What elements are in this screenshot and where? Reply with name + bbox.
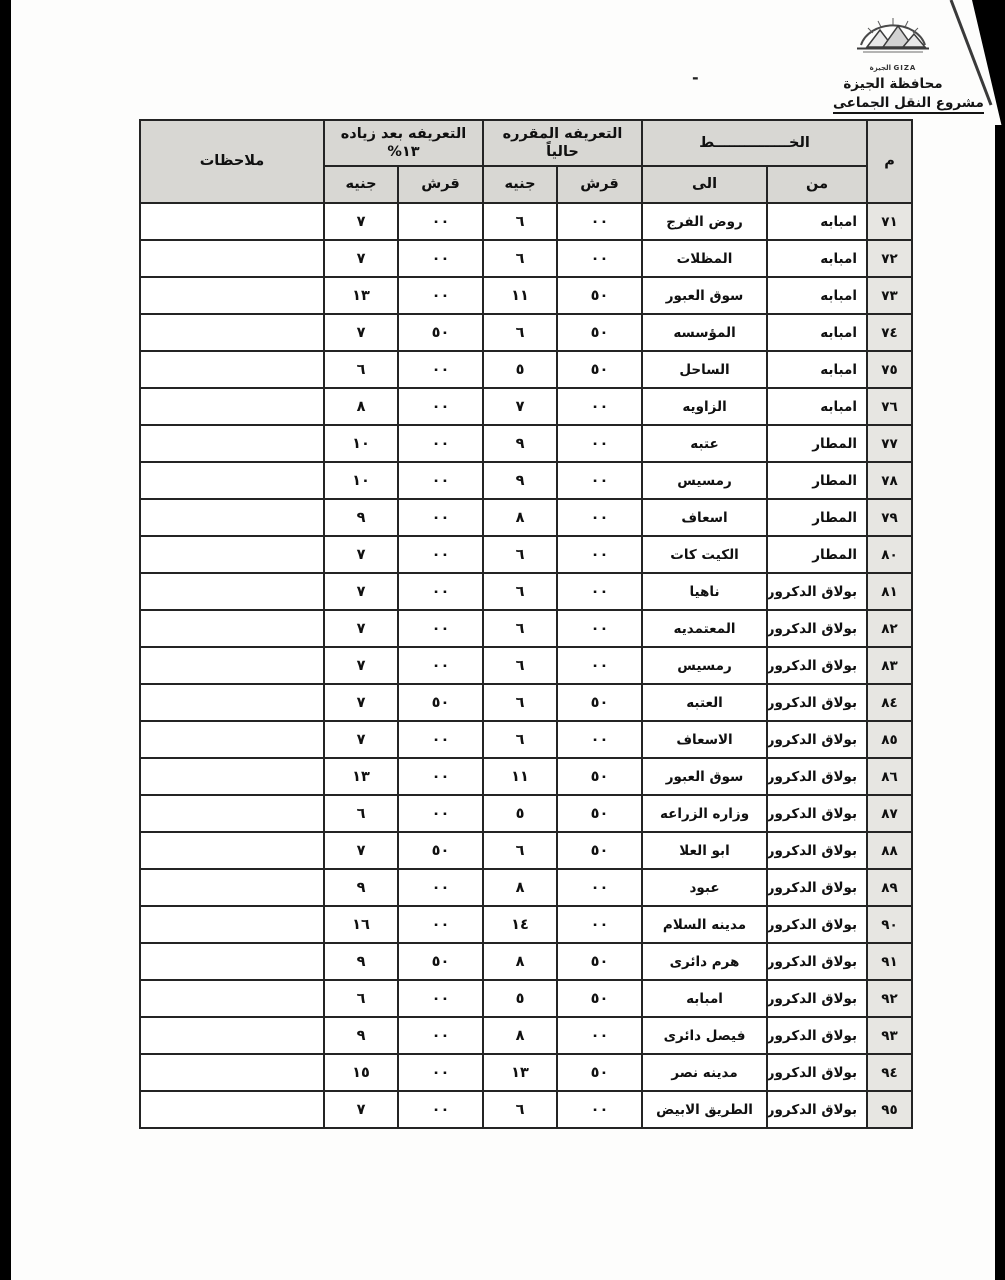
increased-qirsh-cell: ٠٠ bbox=[398, 499, 483, 536]
current-pound-cell: ٦ bbox=[483, 610, 557, 647]
row-number-cell: ٨٨ bbox=[867, 832, 912, 869]
increased-qirsh-cell: ٠٠ bbox=[398, 573, 483, 610]
to-cell: رمسيس bbox=[642, 647, 767, 684]
current-qirsh-cell: ٥٠ bbox=[557, 758, 642, 795]
row-number-cell: ٧٩ bbox=[867, 499, 912, 536]
from-cell: بولاق الدكرور bbox=[767, 721, 867, 758]
current-qirsh-cell: ٠٠ bbox=[557, 536, 642, 573]
notes-cell bbox=[140, 684, 324, 721]
to-cell: سوق العبور bbox=[642, 758, 767, 795]
table-row: ٩٤بولاق الدكرورمدينه نصر٥٠١٣٠٠١٥ bbox=[140, 1054, 912, 1091]
current-qirsh-cell: ٥٠ bbox=[557, 943, 642, 980]
to-cell: هرم دائرى bbox=[642, 943, 767, 980]
current-pound-cell: ١٤ bbox=[483, 906, 557, 943]
increased-qirsh-cell: ٠٠ bbox=[398, 721, 483, 758]
header-to: الى bbox=[642, 166, 767, 203]
header-increased-tariff-line1: التعريفه بعد زياده bbox=[325, 125, 482, 143]
table-row: ٨٠المطارالكيت كات٠٠٦٠٠٧ bbox=[140, 536, 912, 573]
table-row: ٧٦امبابهالزاويه٠٠٧٠٠٨ bbox=[140, 388, 912, 425]
table-row: ٩٣بولاق الدكرورفيصل دائرى٠٠٨٠٠٩ bbox=[140, 1017, 912, 1054]
to-cell: المظلات bbox=[642, 240, 767, 277]
current-pound-cell: ٥ bbox=[483, 351, 557, 388]
from-cell: بولاق الدكرور bbox=[767, 906, 867, 943]
current-qirsh-cell: ٠٠ bbox=[557, 499, 642, 536]
table-row: ٨٢بولاق الدكرورالمعتمديه٠٠٦٠٠٧ bbox=[140, 610, 912, 647]
increased-pound-cell: ٨ bbox=[324, 388, 398, 425]
row-number-cell: ٧٤ bbox=[867, 314, 912, 351]
notes-cell bbox=[140, 906, 324, 943]
from-cell: امبابه bbox=[767, 203, 867, 240]
notes-cell bbox=[140, 758, 324, 795]
table-row: ٧٩المطاراسعاف٠٠٨٠٠٩ bbox=[140, 499, 912, 536]
table-row: ٧٢امبابهالمظلات٠٠٦٠٠٧ bbox=[140, 240, 912, 277]
increased-qirsh-cell: ٠٠ bbox=[398, 351, 483, 388]
increased-pound-cell: ٧ bbox=[324, 203, 398, 240]
current-pound-cell: ٦ bbox=[483, 240, 557, 277]
current-qirsh-cell: ٥٠ bbox=[557, 314, 642, 351]
to-cell: الاسعاف bbox=[642, 721, 767, 758]
current-pound-cell: ٦ bbox=[483, 203, 557, 240]
row-number-cell: ٧٥ bbox=[867, 351, 912, 388]
current-qirsh-cell: ٠٠ bbox=[557, 388, 642, 425]
increased-pound-cell: ٩ bbox=[324, 869, 398, 906]
row-number-cell: ٨٦ bbox=[867, 758, 912, 795]
from-cell: امبابه bbox=[767, 388, 867, 425]
current-qirsh-cell: ٠٠ bbox=[557, 240, 642, 277]
row-number-cell: ٨٤ bbox=[867, 684, 912, 721]
increased-pound-cell: ١٣ bbox=[324, 758, 398, 795]
increased-pound-cell: ١٣ bbox=[324, 277, 398, 314]
from-cell: المطار bbox=[767, 425, 867, 462]
row-number-cell: ٩٥ bbox=[867, 1091, 912, 1128]
from-cell: بولاق الدكرور bbox=[767, 1054, 867, 1091]
current-qirsh-cell: ٥٠ bbox=[557, 277, 642, 314]
row-number-cell: ٩٢ bbox=[867, 980, 912, 1017]
increased-qirsh-cell: ٠٠ bbox=[398, 647, 483, 684]
table-row: ٧٧المطارعتبه٠٠٩٠٠١٠ bbox=[140, 425, 912, 462]
fare-table: م الخـــــــــــــــط التعريفه المقرره ح… bbox=[139, 119, 913, 1129]
current-pound-cell: ٥ bbox=[483, 795, 557, 832]
notes-cell bbox=[140, 869, 324, 906]
from-cell: بولاق الدكرور bbox=[767, 573, 867, 610]
table-row: ٧١امبابهروض الفرج٠٠٦٠٠٧ bbox=[140, 203, 912, 240]
row-number-cell: ٨٢ bbox=[867, 610, 912, 647]
increased-pound-cell: ٦ bbox=[324, 795, 398, 832]
increased-pound-cell: ٧ bbox=[324, 314, 398, 351]
row-number-cell: ٩٣ bbox=[867, 1017, 912, 1054]
current-qirsh-cell: ٥٠ bbox=[557, 351, 642, 388]
increased-qirsh-cell: ٥٠ bbox=[398, 684, 483, 721]
notes-cell bbox=[140, 277, 324, 314]
to-cell: المؤسسه bbox=[642, 314, 767, 351]
table-row: ٧٥امبابهالساحل٥٠٥٠٠٦ bbox=[140, 351, 912, 388]
row-number-cell: ٧٦ bbox=[867, 388, 912, 425]
current-qirsh-cell: ٠٠ bbox=[557, 203, 642, 240]
increased-pound-cell: ١٠ bbox=[324, 425, 398, 462]
from-cell: امبابه bbox=[767, 351, 867, 388]
row-number-cell: ٩١ bbox=[867, 943, 912, 980]
table-row: ٨٩بولاق الدكرورعبود٠٠٨٠٠٩ bbox=[140, 869, 912, 906]
current-qirsh-cell: ٥٠ bbox=[557, 980, 642, 1017]
to-cell: ناهيا bbox=[642, 573, 767, 610]
current-pound-cell: ٨ bbox=[483, 943, 557, 980]
notes-cell bbox=[140, 203, 324, 240]
row-number-cell: ٨٠ bbox=[867, 536, 912, 573]
to-cell: عتبه bbox=[642, 425, 767, 462]
table-row: ٨٨بولاق الدكرورابو العلا٥٠٦٥٠٧ bbox=[140, 832, 912, 869]
table-row: ٧٨المطاررمسيس٠٠٩٠٠١٠ bbox=[140, 462, 912, 499]
row-number-cell: ٨٩ bbox=[867, 869, 912, 906]
from-cell: بولاق الدكرور bbox=[767, 869, 867, 906]
current-qirsh-cell: ٥٠ bbox=[557, 1054, 642, 1091]
notes-cell bbox=[140, 647, 324, 684]
increased-pound-cell: ٧ bbox=[324, 684, 398, 721]
current-pound-cell: ١١ bbox=[483, 758, 557, 795]
increased-qirsh-cell: ٠٠ bbox=[398, 536, 483, 573]
stray-dash-mark: - bbox=[692, 68, 699, 87]
notes-cell bbox=[140, 610, 324, 647]
current-pound-cell: ٦ bbox=[483, 314, 557, 351]
table-row: ٨٥بولاق الدكرورالاسعاف٠٠٦٠٠٧ bbox=[140, 721, 912, 758]
header-increased-tariff-group: التعريفه بعد زياده ١٣% bbox=[324, 120, 483, 166]
from-cell: بولاق الدكرور bbox=[767, 943, 867, 980]
header-increased-tariff-line2: ١٣% bbox=[325, 143, 482, 161]
table-row: ٨٦بولاق الدكرورسوق العبور٥٠١١٠٠١٣ bbox=[140, 758, 912, 795]
to-cell: عبود bbox=[642, 869, 767, 906]
notes-cell bbox=[140, 1017, 324, 1054]
notes-cell bbox=[140, 425, 324, 462]
increased-qirsh-cell: ٠٠ bbox=[398, 795, 483, 832]
scan-edge-left bbox=[0, 0, 11, 1280]
to-cell: الساحل bbox=[642, 351, 767, 388]
increased-qirsh-cell: ٥٠ bbox=[398, 943, 483, 980]
table-row: ٩١بولاق الدكرورهرم دائرى٥٠٨٥٠٩ bbox=[140, 943, 912, 980]
row-number-cell: ٨١ bbox=[867, 573, 912, 610]
from-cell: المطار bbox=[767, 499, 867, 536]
row-number-cell: ٧٧ bbox=[867, 425, 912, 462]
from-cell: بولاق الدكرور bbox=[767, 647, 867, 684]
to-cell: مدينه السلام bbox=[642, 906, 767, 943]
current-qirsh-cell: ٠٠ bbox=[557, 721, 642, 758]
increased-pound-cell: ٦ bbox=[324, 351, 398, 388]
to-cell: روض الفرج bbox=[642, 203, 767, 240]
increased-qirsh-cell: ٠٠ bbox=[398, 980, 483, 1017]
increased-pound-cell: ٩ bbox=[324, 943, 398, 980]
increased-pound-cell: ٧ bbox=[324, 573, 398, 610]
from-cell: بولاق الدكرور bbox=[767, 832, 867, 869]
current-pound-cell: ٦ bbox=[483, 684, 557, 721]
header-current-tariff-group: التعريفه المقرره حالياً bbox=[483, 120, 642, 166]
notes-cell bbox=[140, 314, 324, 351]
header-line-group: الخـــــــــــــــط bbox=[642, 120, 867, 166]
to-cell: امبابه bbox=[642, 980, 767, 1017]
row-number-cell: ٧١ bbox=[867, 203, 912, 240]
increased-qirsh-cell: ٠٠ bbox=[398, 610, 483, 647]
current-qirsh-cell: ٠٠ bbox=[557, 1017, 642, 1054]
current-pound-cell: ٩ bbox=[483, 462, 557, 499]
increased-qirsh-cell: ٠٠ bbox=[398, 758, 483, 795]
to-cell: اسعاف bbox=[642, 499, 767, 536]
increased-qirsh-cell: ٥٠ bbox=[398, 832, 483, 869]
to-cell: الكيت كات bbox=[642, 536, 767, 573]
from-cell: بولاق الدكرور bbox=[767, 758, 867, 795]
row-number-cell: ٩٤ bbox=[867, 1054, 912, 1091]
to-cell: العتبه bbox=[642, 684, 767, 721]
table-row: ٧٤امبابهالمؤسسه٥٠٦٥٠٧ bbox=[140, 314, 912, 351]
to-cell: سوق العبور bbox=[642, 277, 767, 314]
current-qirsh-cell: ٥٠ bbox=[557, 684, 642, 721]
current-qirsh-cell: ٠٠ bbox=[557, 906, 642, 943]
table-row: ٧٣امبابهسوق العبور٥٠١١٠٠١٣ bbox=[140, 277, 912, 314]
table-row: ٩٠بولاق الدكرورمدينه السلام٠٠١٤٠٠١٦ bbox=[140, 906, 912, 943]
increased-pound-cell: ٩ bbox=[324, 499, 398, 536]
table-row: ٨٣بولاق الدكروررمسيس٠٠٦٠٠٧ bbox=[140, 647, 912, 684]
page-fold-corner bbox=[875, 0, 1005, 170]
increased-pound-cell: ٧ bbox=[324, 721, 398, 758]
increased-pound-cell: ٩ bbox=[324, 1017, 398, 1054]
current-qirsh-cell: ٠٠ bbox=[557, 647, 642, 684]
current-qirsh-cell: ٠٠ bbox=[557, 573, 642, 610]
row-number-cell: ٨٣ bbox=[867, 647, 912, 684]
current-pound-cell: ٦ bbox=[483, 647, 557, 684]
to-cell: وزاره الزراعه bbox=[642, 795, 767, 832]
notes-cell bbox=[140, 980, 324, 1017]
increased-pound-cell: ٧ bbox=[324, 832, 398, 869]
to-cell: رمسيس bbox=[642, 462, 767, 499]
header-increased-pound: جنيه bbox=[324, 166, 398, 203]
current-qirsh-cell: ٠٠ bbox=[557, 1091, 642, 1128]
current-qirsh-cell: ٥٠ bbox=[557, 832, 642, 869]
increased-qirsh-cell: ٠٠ bbox=[398, 425, 483, 462]
to-cell: الطريق الابيض bbox=[642, 1091, 767, 1128]
increased-pound-cell: ٧ bbox=[324, 536, 398, 573]
table-row: ٨٤بولاق الدكرورالعتبه٥٠٦٥٠٧ bbox=[140, 684, 912, 721]
from-cell: بولاق الدكرور bbox=[767, 980, 867, 1017]
row-number-cell: ٧٨ bbox=[867, 462, 912, 499]
increased-qirsh-cell: ٠٠ bbox=[398, 203, 483, 240]
current-pound-cell: ٨ bbox=[483, 1017, 557, 1054]
current-pound-cell: ١٣ bbox=[483, 1054, 557, 1091]
from-cell: امبابه bbox=[767, 277, 867, 314]
increased-pound-cell: ١٠ bbox=[324, 462, 398, 499]
current-pound-cell: ٦ bbox=[483, 573, 557, 610]
current-pound-cell: ١١ bbox=[483, 277, 557, 314]
increased-qirsh-cell: ٠٠ bbox=[398, 240, 483, 277]
row-number-cell: ٩٠ bbox=[867, 906, 912, 943]
current-qirsh-cell: ٠٠ bbox=[557, 462, 642, 499]
to-cell: مدينه نصر bbox=[642, 1054, 767, 1091]
from-cell: بولاق الدكرور bbox=[767, 610, 867, 647]
increased-pound-cell: ٧ bbox=[324, 610, 398, 647]
current-pound-cell: ٦ bbox=[483, 1091, 557, 1128]
increased-pound-cell: ١٥ bbox=[324, 1054, 398, 1091]
table-row: ٩٥بولاق الدكرورالطريق الابيض٠٠٦٠٠٧ bbox=[140, 1091, 912, 1128]
from-cell: امبابه bbox=[767, 240, 867, 277]
notes-cell bbox=[140, 240, 324, 277]
scan-edge-right bbox=[995, 125, 1005, 1280]
notes-cell bbox=[140, 1054, 324, 1091]
table-row: ٨١بولاق الدكرورناهيا٠٠٦٠٠٧ bbox=[140, 573, 912, 610]
notes-cell bbox=[140, 499, 324, 536]
increased-pound-cell: ١٦ bbox=[324, 906, 398, 943]
header-increased-qirsh: قرش bbox=[398, 166, 483, 203]
increased-qirsh-cell: ٠٠ bbox=[398, 1091, 483, 1128]
to-cell: المعتمديه bbox=[642, 610, 767, 647]
increased-qirsh-cell: ٠٠ bbox=[398, 906, 483, 943]
to-cell: ابو العلا bbox=[642, 832, 767, 869]
to-cell: فيصل دائرى bbox=[642, 1017, 767, 1054]
from-cell: المطار bbox=[767, 536, 867, 573]
increased-qirsh-cell: ٠٠ bbox=[398, 277, 483, 314]
notes-cell bbox=[140, 462, 324, 499]
row-number-cell: ٧٢ bbox=[867, 240, 912, 277]
increased-qirsh-cell: ٠٠ bbox=[398, 462, 483, 499]
current-pound-cell: ٧ bbox=[483, 388, 557, 425]
header-current-tariff-line1: التعريفه المقرره bbox=[484, 125, 641, 143]
fare-table-body: ٧١امبابهروض الفرج٠٠٦٠٠٧٧٢امبابهالمظلات٠٠… bbox=[140, 203, 912, 1128]
notes-cell bbox=[140, 351, 324, 388]
current-pound-cell: ٨ bbox=[483, 869, 557, 906]
table-row: ٩٢بولاق الدكرورامبابه٥٠٥٠٠٦ bbox=[140, 980, 912, 1017]
current-qirsh-cell: ٠٠ bbox=[557, 869, 642, 906]
header-current-tariff-line2: حالياً bbox=[484, 143, 641, 161]
increased-qirsh-cell: ٠٠ bbox=[398, 869, 483, 906]
notes-cell bbox=[140, 832, 324, 869]
increased-qirsh-cell: ٠٠ bbox=[398, 1017, 483, 1054]
from-cell: بولاق الدكرور bbox=[767, 1091, 867, 1128]
from-cell: بولاق الدكرور bbox=[767, 1017, 867, 1054]
increased-qirsh-cell: ٠٠ bbox=[398, 1054, 483, 1091]
from-cell: المطار bbox=[767, 462, 867, 499]
current-qirsh-cell: ٥٠ bbox=[557, 795, 642, 832]
current-pound-cell: ٦ bbox=[483, 536, 557, 573]
current-pound-cell: ٨ bbox=[483, 499, 557, 536]
increased-qirsh-cell: ٥٠ bbox=[398, 314, 483, 351]
row-number-cell: ٨٧ bbox=[867, 795, 912, 832]
header-current-pound: جنيه bbox=[483, 166, 557, 203]
from-cell: امبابه bbox=[767, 314, 867, 351]
notes-cell bbox=[140, 388, 324, 425]
increased-pound-cell: ٦ bbox=[324, 980, 398, 1017]
from-cell: بولاق الدكرور bbox=[767, 684, 867, 721]
notes-cell bbox=[140, 573, 324, 610]
current-pound-cell: ٥ bbox=[483, 980, 557, 1017]
current-pound-cell: ٦ bbox=[483, 832, 557, 869]
notes-cell bbox=[140, 795, 324, 832]
row-number-cell: ٧٣ bbox=[867, 277, 912, 314]
table-row: ٨٧بولاق الدكروروزاره الزراعه٥٠٥٠٠٦ bbox=[140, 795, 912, 832]
notes-cell bbox=[140, 1091, 324, 1128]
notes-cell bbox=[140, 943, 324, 980]
current-pound-cell: ٦ bbox=[483, 721, 557, 758]
notes-cell bbox=[140, 721, 324, 758]
current-pound-cell: ٩ bbox=[483, 425, 557, 462]
increased-pound-cell: ٧ bbox=[324, 647, 398, 684]
header-from: من bbox=[767, 166, 867, 203]
notes-cell bbox=[140, 536, 324, 573]
increased-qirsh-cell: ٠٠ bbox=[398, 388, 483, 425]
row-number-cell: ٨٥ bbox=[867, 721, 912, 758]
header-current-qirsh: قرش bbox=[557, 166, 642, 203]
from-cell: بولاق الدكرور bbox=[767, 795, 867, 832]
to-cell: الزاويه bbox=[642, 388, 767, 425]
fare-table-header: م الخـــــــــــــــط التعريفه المقرره ح… bbox=[140, 120, 912, 203]
header-notes: ملاحظات bbox=[140, 120, 324, 203]
increased-pound-cell: ٧ bbox=[324, 240, 398, 277]
scanned-page: { "letterhead": { "logo_caption": "الجيز… bbox=[0, 0, 1005, 1280]
increased-pound-cell: ٧ bbox=[324, 1091, 398, 1128]
current-qirsh-cell: ٠٠ bbox=[557, 425, 642, 462]
current-qirsh-cell: ٠٠ bbox=[557, 610, 642, 647]
